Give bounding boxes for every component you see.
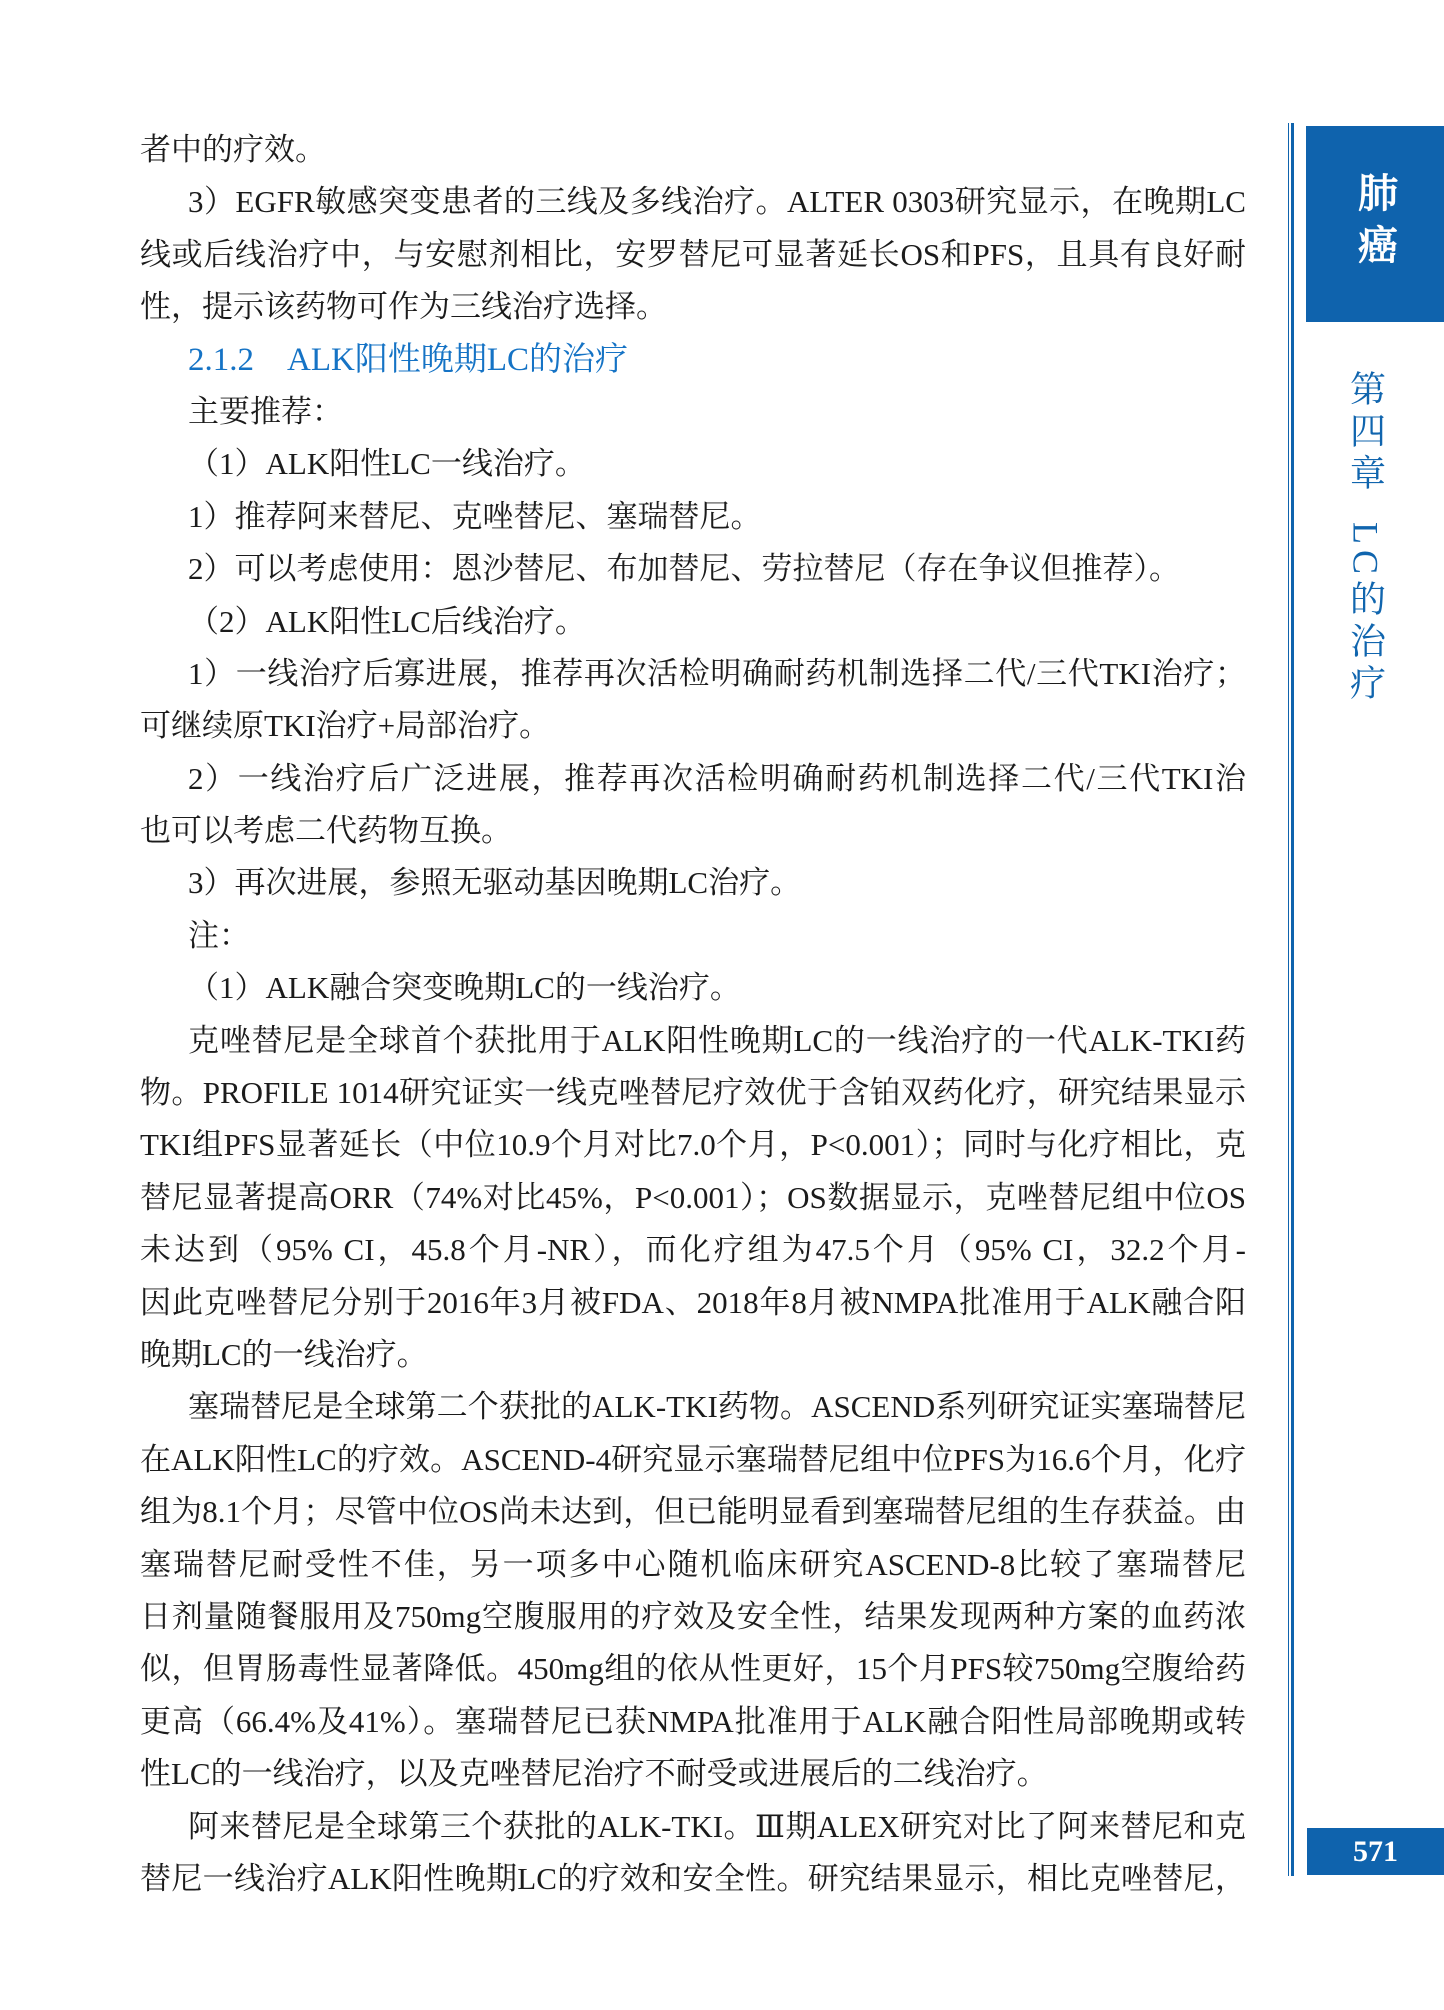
page-body: 者中的疗效。3）EGFR敏感突变患者的三线及多线治疗。ALTER 0303研究显…	[140, 124, 1246, 1905]
text-line: 组为8.1个月；尽管中位OS尚未达到，但已能明显看到塞瑞替尼组的生存获益。由于	[140, 1486, 1246, 1538]
text-line: 者中的疗效。	[140, 124, 1246, 176]
chapter-tab: 肺癌	[1306, 126, 1444, 322]
text-line: 主要推荐：	[140, 386, 1246, 438]
text-line: 塞瑞替尼是全球第二个获批的ALK-TKI药物。ASCEND系列研究证实塞瑞替尼	[140, 1381, 1246, 1433]
text-line: 更高（66.4%及41%）。塞瑞替尼已获NMPA批准用于ALK融合阳性局部晚期或…	[140, 1696, 1246, 1748]
text-line: TKI组PFS显著延长（中位10.9个月对比7.0个月，P<0.001）；同时与…	[140, 1119, 1246, 1171]
sidebar-rule-thick	[1291, 123, 1294, 1876]
text-line: 替尼显著提高ORR（74%对比45%，P<0.001）；OS数据显示，克唑替尼组…	[140, 1172, 1246, 1224]
text-line: 线或后线治疗中，与安慰剂相比，安罗替尼可显著延长OS和PFS，且具有良好耐受	[140, 229, 1246, 281]
text-line: 克唑替尼是全球首个获批用于ALK阳性晚期LC的一线治疗的一代ALK-TKI药	[140, 1015, 1246, 1067]
chapter-title: LC的治疗	[1341, 522, 1392, 706]
page-number: 571	[1353, 1835, 1398, 1869]
text-line: 3）再次进展，参照无驱动基因晚期LC治疗。	[140, 857, 1246, 909]
text-line: 塞瑞替尼耐受性不佳，另一项多中心随机临床研究ASCEND-8比较了塞瑞替尼450…	[140, 1539, 1246, 1591]
text-line: 阿来替尼是全球第三个获批的ALK-TKI。Ⅲ期ALEX研究对比了阿来替尼和克唑	[140, 1801, 1246, 1853]
text-line: 1）一线治疗后寡进展，推荐再次活检明确耐药机制选择二代/三代TKI治疗；也	[140, 648, 1246, 700]
chapter-tab-label: 肺癌	[1347, 172, 1404, 276]
text-line: 因此克唑替尼分别于2016年3月被FDA、2018年8月被NMPA批准用于ALK…	[140, 1277, 1246, 1329]
page-number-badge: 571	[1307, 1828, 1444, 1875]
text-line: 1）推荐阿来替尼、克唑替尼、塞瑞替尼。	[140, 491, 1246, 543]
text-line: 日剂量随餐服用及750mg空腹服用的疗效及安全性，结果发现两种方案的血药浓度相	[140, 1591, 1246, 1643]
text-line: （1）ALK阳性LC一线治疗。	[140, 438, 1246, 490]
text-line: 未达到（95% CI，45.8个月-NR），而化疗组为47.5个月（95% CI…	[140, 1224, 1246, 1276]
text-line: 似，但胃肠毒性显著降低。450mg组的依从性更好，15个月PFS较750mg空腹…	[140, 1643, 1246, 1695]
text-line: 也可以考虑二代药物互换。	[140, 805, 1246, 857]
text-line: 在ALK阳性LC的疗效。ASCEND-4研究显示塞瑞替尼组中位PFS为16.6个…	[140, 1434, 1246, 1486]
text-line: 性，提示该药物可作为三线治疗选择。	[140, 281, 1246, 333]
text-line: 性LC的一线治疗，以及克唑替尼治疗不耐受或进展后的二线治疗。	[140, 1748, 1246, 1800]
text-line: （1）ALK融合突变晚期LC的一线治疗。	[140, 962, 1246, 1014]
text-line: 2）一线治疗后广泛进展，推荐再次活检明确耐药机制选择二代/三代TKI治疗；	[140, 753, 1246, 805]
text-line: 物。PROFILE 1014研究证实一线克唑替尼疗效优于含铂双药化疗，研究结果显…	[140, 1067, 1246, 1119]
sidebar-rule-thin	[1288, 123, 1289, 1876]
text-line: 3）EGFR敏感突变患者的三线及多线治疗。ALTER 0303研究显示，在晚期L…	[140, 176, 1246, 228]
text-line: 2）可以考虑使用：恩沙替尼、布加替尼、劳拉替尼（存在争议但推荐）。	[140, 543, 1246, 595]
text-line: （2）ALK阳性LC后线治疗。	[140, 596, 1246, 648]
text-line: 可继续原TKI治疗+局部治疗。	[140, 700, 1246, 752]
chapter-number: 第四章	[1341, 370, 1392, 496]
text-line: 晚期LC的一线治疗。	[140, 1329, 1246, 1381]
text-line: 替尼一线治疗ALK阳性晚期LC的疗效和安全性。研究结果显示，相比克唑替尼，阿	[140, 1853, 1246, 1905]
section-heading: 2.1.2 ALK阳性晚期LC的治疗	[140, 334, 1246, 386]
document-page: 者中的疗效。3）EGFR敏感突变患者的三线及多线治疗。ALTER 0303研究显…	[0, 0, 1444, 2010]
text-line: 注：	[140, 910, 1246, 962]
chapter-label: 第四章 LC的治疗	[1306, 370, 1426, 706]
